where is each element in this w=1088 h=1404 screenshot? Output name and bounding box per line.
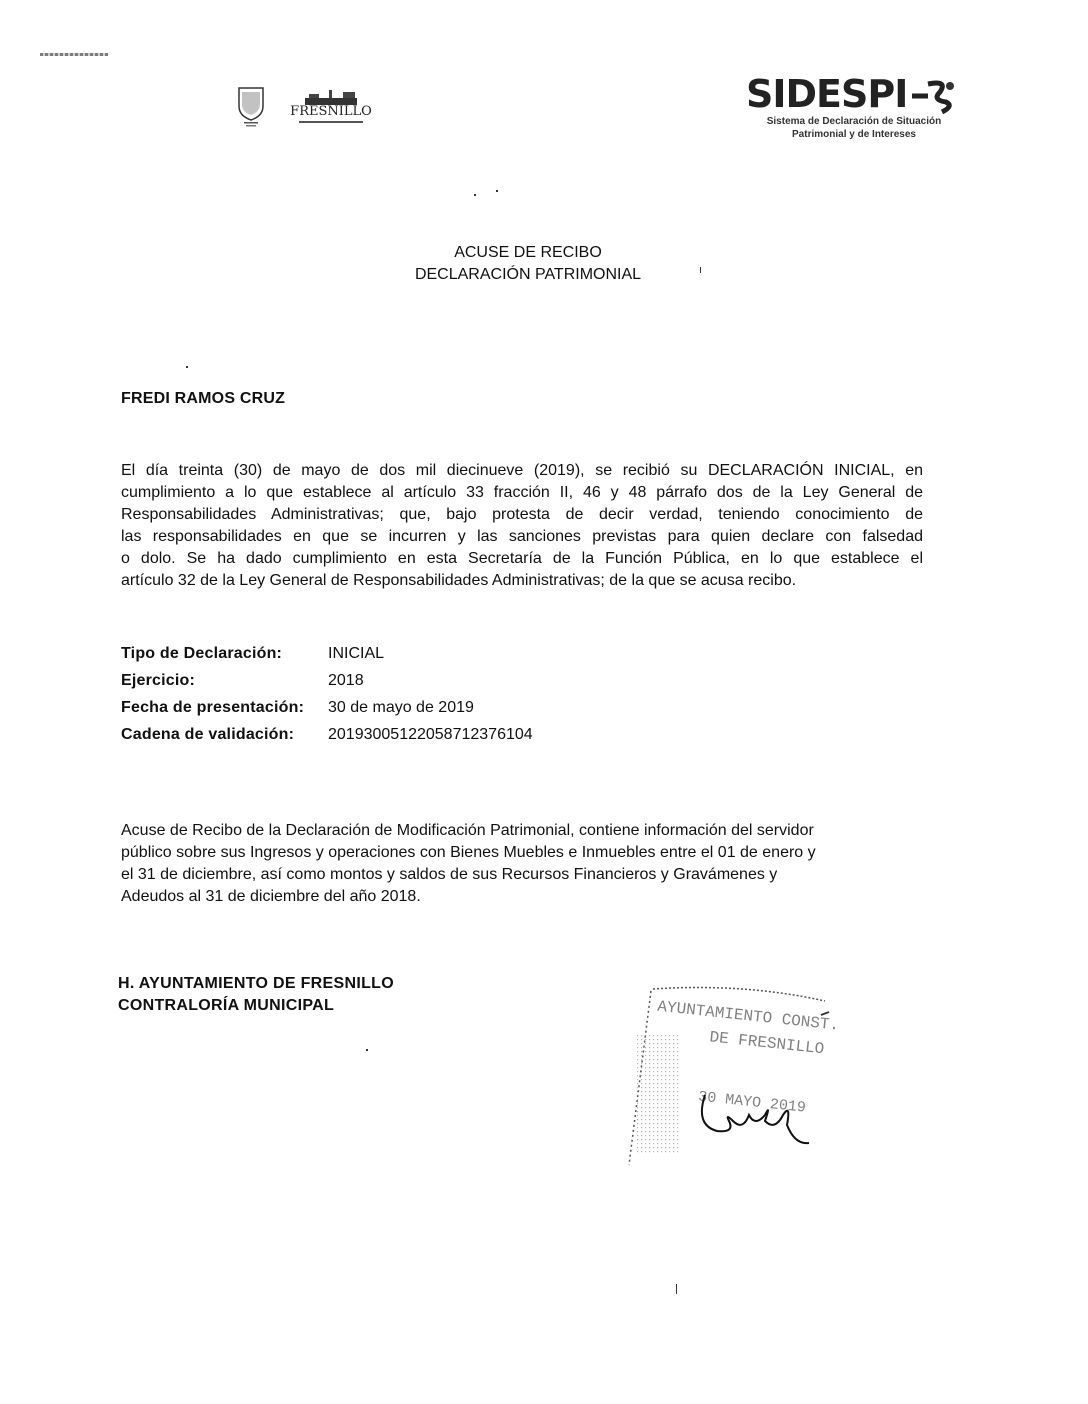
signoff-block: H. AYUNTAMIENTO DE FRESNILLO CONTRALORÍA… [118, 973, 394, 1017]
scan-speck [474, 194, 476, 196]
scan-speck [496, 190, 498, 192]
svg-text:DE FRESNILLO: DE FRESNILLO [709, 1028, 825, 1058]
received-stamp: AYUNTAMIENTO CONST. DE FRESNILLO 30 MAYO… [625, 975, 875, 1185]
field-label: Fecha de presentación: [121, 694, 328, 721]
body-line: El día treinta (30) de mayo de dos mil d… [121, 460, 923, 482]
recipient-name: FREDI RAMOS CRUZ [121, 390, 285, 408]
body-line: artículo 32 de la Ley General de Respons… [121, 570, 923, 592]
note-paragraph: Acuse de Recibo de la Declaración de Mod… [121, 820, 911, 908]
scan-speck [366, 1049, 368, 1051]
fresnillo-logo: FRESNILLO [289, 90, 373, 130]
field-label: Tipo de Declaración: [121, 640, 328, 667]
field-ejercicio: Ejercicio: 2018 [121, 667, 533, 694]
field-value: INICIAL [328, 640, 384, 667]
note-line: Adeudos al 31 de diciembre del año 2018. [121, 886, 911, 908]
brand-tagline-1: Sistema de Declaración de Situación [744, 116, 964, 127]
body-line: o dolo. Se ha dado cumplimiento en esta … [121, 548, 923, 570]
body-line: las responsabilidades en que se incurren… [121, 526, 923, 548]
declaration-details: Tipo de Declaración: INICIAL Ejercicio: … [121, 640, 533, 748]
field-tipo: Tipo de Declaración: INICIAL [121, 640, 533, 667]
body-line: cumplimiento a lo que establece al artíc… [121, 482, 923, 504]
field-value: 20193005122058712376104 [328, 721, 533, 748]
stamp-icon: AYUNTAMIENTO CONST. DE FRESNILLO 30 MAYO… [625, 975, 875, 1185]
sidespi-logo: SIDESPI Sistema de Declaración de Situac… [740, 72, 965, 147]
sidespi-emblem-icon [910, 76, 960, 116]
scan-speck [186, 366, 188, 368]
fresnillo-logo-text: FRESNILLO [289, 104, 373, 119]
document-title: ACUSE DE RECIBO [0, 242, 1056, 264]
brand-name: SIDESPI [746, 72, 907, 116]
note-line: Acuse de Recibo de la Declaración de Mod… [121, 820, 911, 842]
body-line: Responsabilidades Administrativas; que, … [121, 504, 923, 526]
brand-tagline-2: Patrimonial y de Intereses [744, 129, 964, 140]
svg-text:AYUNTAMIENTO CONST.: AYUNTAMIENTO CONST. [657, 998, 840, 1035]
field-fecha: Fecha de presentación: 30 de mayo de 201… [121, 694, 533, 721]
signoff-line-1: H. AYUNTAMIENTO DE FRESNILLO [118, 973, 394, 995]
logo-underline [299, 121, 363, 123]
scan-artifact [40, 53, 108, 56]
field-value: 30 de mayo de 2019 [328, 694, 474, 721]
signoff-line-2: CONTRALORÍA MUNICIPAL [118, 995, 394, 1017]
coat-of-arms-icon [236, 86, 266, 128]
scan-speck [676, 1284, 677, 1294]
field-label: Cadena de validación: [121, 721, 328, 748]
svg-text:30 MAYO 2019: 30 MAYO 2019 [697, 1089, 806, 1117]
document-subtitle: DECLARACIÓN PATRIMONIAL [0, 264, 1056, 286]
note-line: el 31 de diciembre, así como montos y sa… [121, 864, 911, 886]
field-value: 2018 [328, 667, 364, 694]
note-line: público sobre sus Ingresos y operaciones… [121, 842, 911, 864]
field-cadena: Cadena de validación: 201930051220587123… [121, 721, 533, 748]
field-label: Ejercicio: [121, 667, 328, 694]
body-paragraph: El día treinta (30) de mayo de dos mil d… [121, 460, 923, 592]
scan-speck [700, 267, 701, 273]
